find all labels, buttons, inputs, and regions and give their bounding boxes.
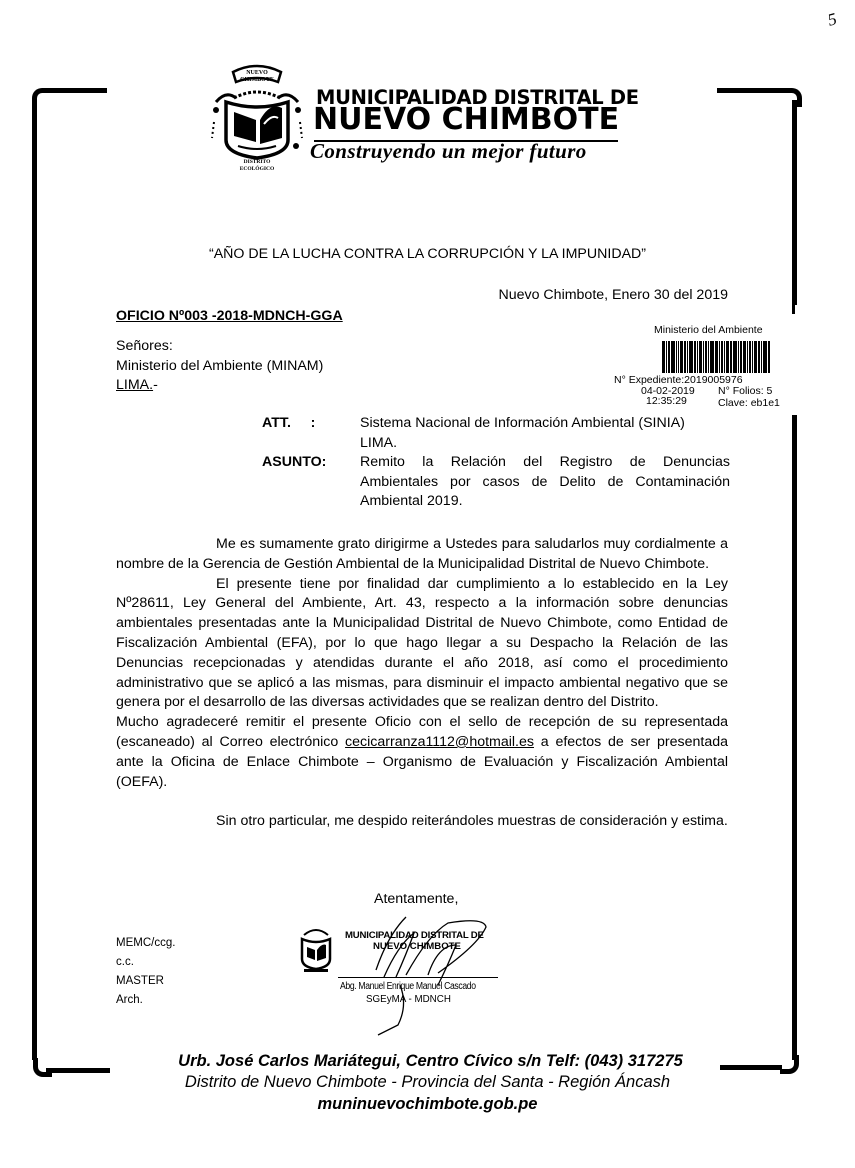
att-value-line2: LIMA. <box>360 434 730 454</box>
contact-email-link[interactable]: cecicarranza1112@hotmail.es <box>345 734 534 750</box>
handwritten-signature-icon <box>288 915 508 1040</box>
asunto-label: ASUNTO: <box>262 453 360 512</box>
recipient-block: Señores: Ministerio del Ambiente (MINAM)… <box>116 337 323 396</box>
stamp-clave: Clave: eb1e1 <box>718 398 780 410</box>
letterhead-line2: NUEVO CHIMBOTE <box>313 102 619 138</box>
footer-website: muninuevochimbote.gob.pe <box>0 1093 855 1115</box>
svg-text:ECOLÓGICO: ECOLÓGICO <box>240 164 275 172</box>
footer-district: Distrito de Nuevo Chimbote - Provincia d… <box>0 1072 855 1093</box>
stamp-folios-label: N° Folios: <box>718 385 764 397</box>
svg-text:CHIMBOTE: CHIMBOTE <box>240 77 274 83</box>
frame-top-left <box>45 88 107 93</box>
reference-line: MEMC/ccg. <box>116 934 175 953</box>
frame-right-upper <box>792 100 797 305</box>
page-number-mark: 5 <box>826 9 839 31</box>
asunto-value: Remito la Relación del Registro de Denun… <box>360 453 730 512</box>
letter-body: Me es sumamente grato dirigirme a Ustede… <box>116 535 728 832</box>
oficio-number: OFICIO Nº003 -2018-MDNCH-GGA <box>116 307 343 327</box>
frame-right-stamp-mark <box>792 300 795 314</box>
letterhead-slogan: Construyendo un mejor futuro <box>310 139 587 164</box>
asunto-row: ASUNTO: Remito la Relación del Registro … <box>262 453 730 512</box>
att-value-line1: Sistema Nacional de Información Ambienta… <box>360 414 730 434</box>
reference-line: Arch. <box>116 991 175 1010</box>
recipient-salutation: Señores: <box>116 337 323 357</box>
stamp-clave-label: Clave: <box>718 397 748 409</box>
recipient-organization: Ministerio del Ambiente (MINAM) <box>116 357 323 377</box>
att-value: Sistema Nacional de Información Ambienta… <box>360 414 730 453</box>
svg-text:DISTRITO: DISTRITO <box>244 159 272 165</box>
date-line: Nuevo Chimbote, Enero 30 del 2019 <box>498 286 728 306</box>
frame-right-lower <box>792 415 797 1060</box>
stamp-time: 12:35:29 <box>646 396 687 408</box>
year-motto: “AÑO DE LA LUCHA CONTRA LA CORRUPCIÓN Y … <box>0 245 855 265</box>
municipal-coat-of-arms-icon: NUEVO CHIMBOTE DISTRITO ECOLÓGICO <box>208 62 306 172</box>
recipient-city: LIMA. <box>116 377 153 393</box>
letter-meta: ATT. : Sistema Nacional de Información A… <box>262 414 730 512</box>
footer-address: Urb. José Carlos Mariátegui, Centro Cívi… <box>0 1050 855 1072</box>
stamp-clave-value: eb1e1 <box>751 397 780 409</box>
frame-corner-top-left <box>32 88 51 107</box>
recipient-city-line: LIMA.- <box>116 376 323 396</box>
svg-text:NUEVO: NUEVO <box>246 70 268 76</box>
barcode-icon <box>662 341 812 373</box>
frame-top-right <box>717 88 785 93</box>
att-label: ATT. : <box>262 414 360 453</box>
stamp-folios: N° Folios: 5 <box>718 386 772 398</box>
reception-stamp: Ministerio del Ambiente N° Expediente:20… <box>608 323 813 413</box>
body-closing: Sin otro particular, me despido reiterán… <box>116 812 728 832</box>
body-paragraph-1: Me es sumamente grato dirigirme a Ustede… <box>116 535 728 575</box>
frame-left <box>32 100 37 1060</box>
att-row: ATT. : Sistema Nacional de Información A… <box>262 414 730 453</box>
reference-line: MASTER <box>116 972 175 991</box>
signature-stamp: MUNICIPALIDAD DISTRITAL DE NUEVO CHIMBOT… <box>288 915 508 1040</box>
body-paragraph-2: El presente tiene por finalidad dar cump… <box>116 575 728 714</box>
stamp-title: Ministerio del Ambiente <box>654 325 763 337</box>
sign-off: Atentamente, <box>374 890 458 910</box>
reference-initials: MEMC/ccg. c.c. MASTER Arch. <box>116 934 175 1010</box>
stamp-folios-value: 5 <box>767 385 773 397</box>
reference-line: c.c. <box>116 953 175 972</box>
recipient-city-suffix: - <box>153 377 158 393</box>
body-paragraph-3: Mucho agradeceré remitir el presente Ofi… <box>116 713 728 792</box>
letter-footer: Urb. José Carlos Mariátegui, Centro Cívi… <box>0 1050 855 1115</box>
